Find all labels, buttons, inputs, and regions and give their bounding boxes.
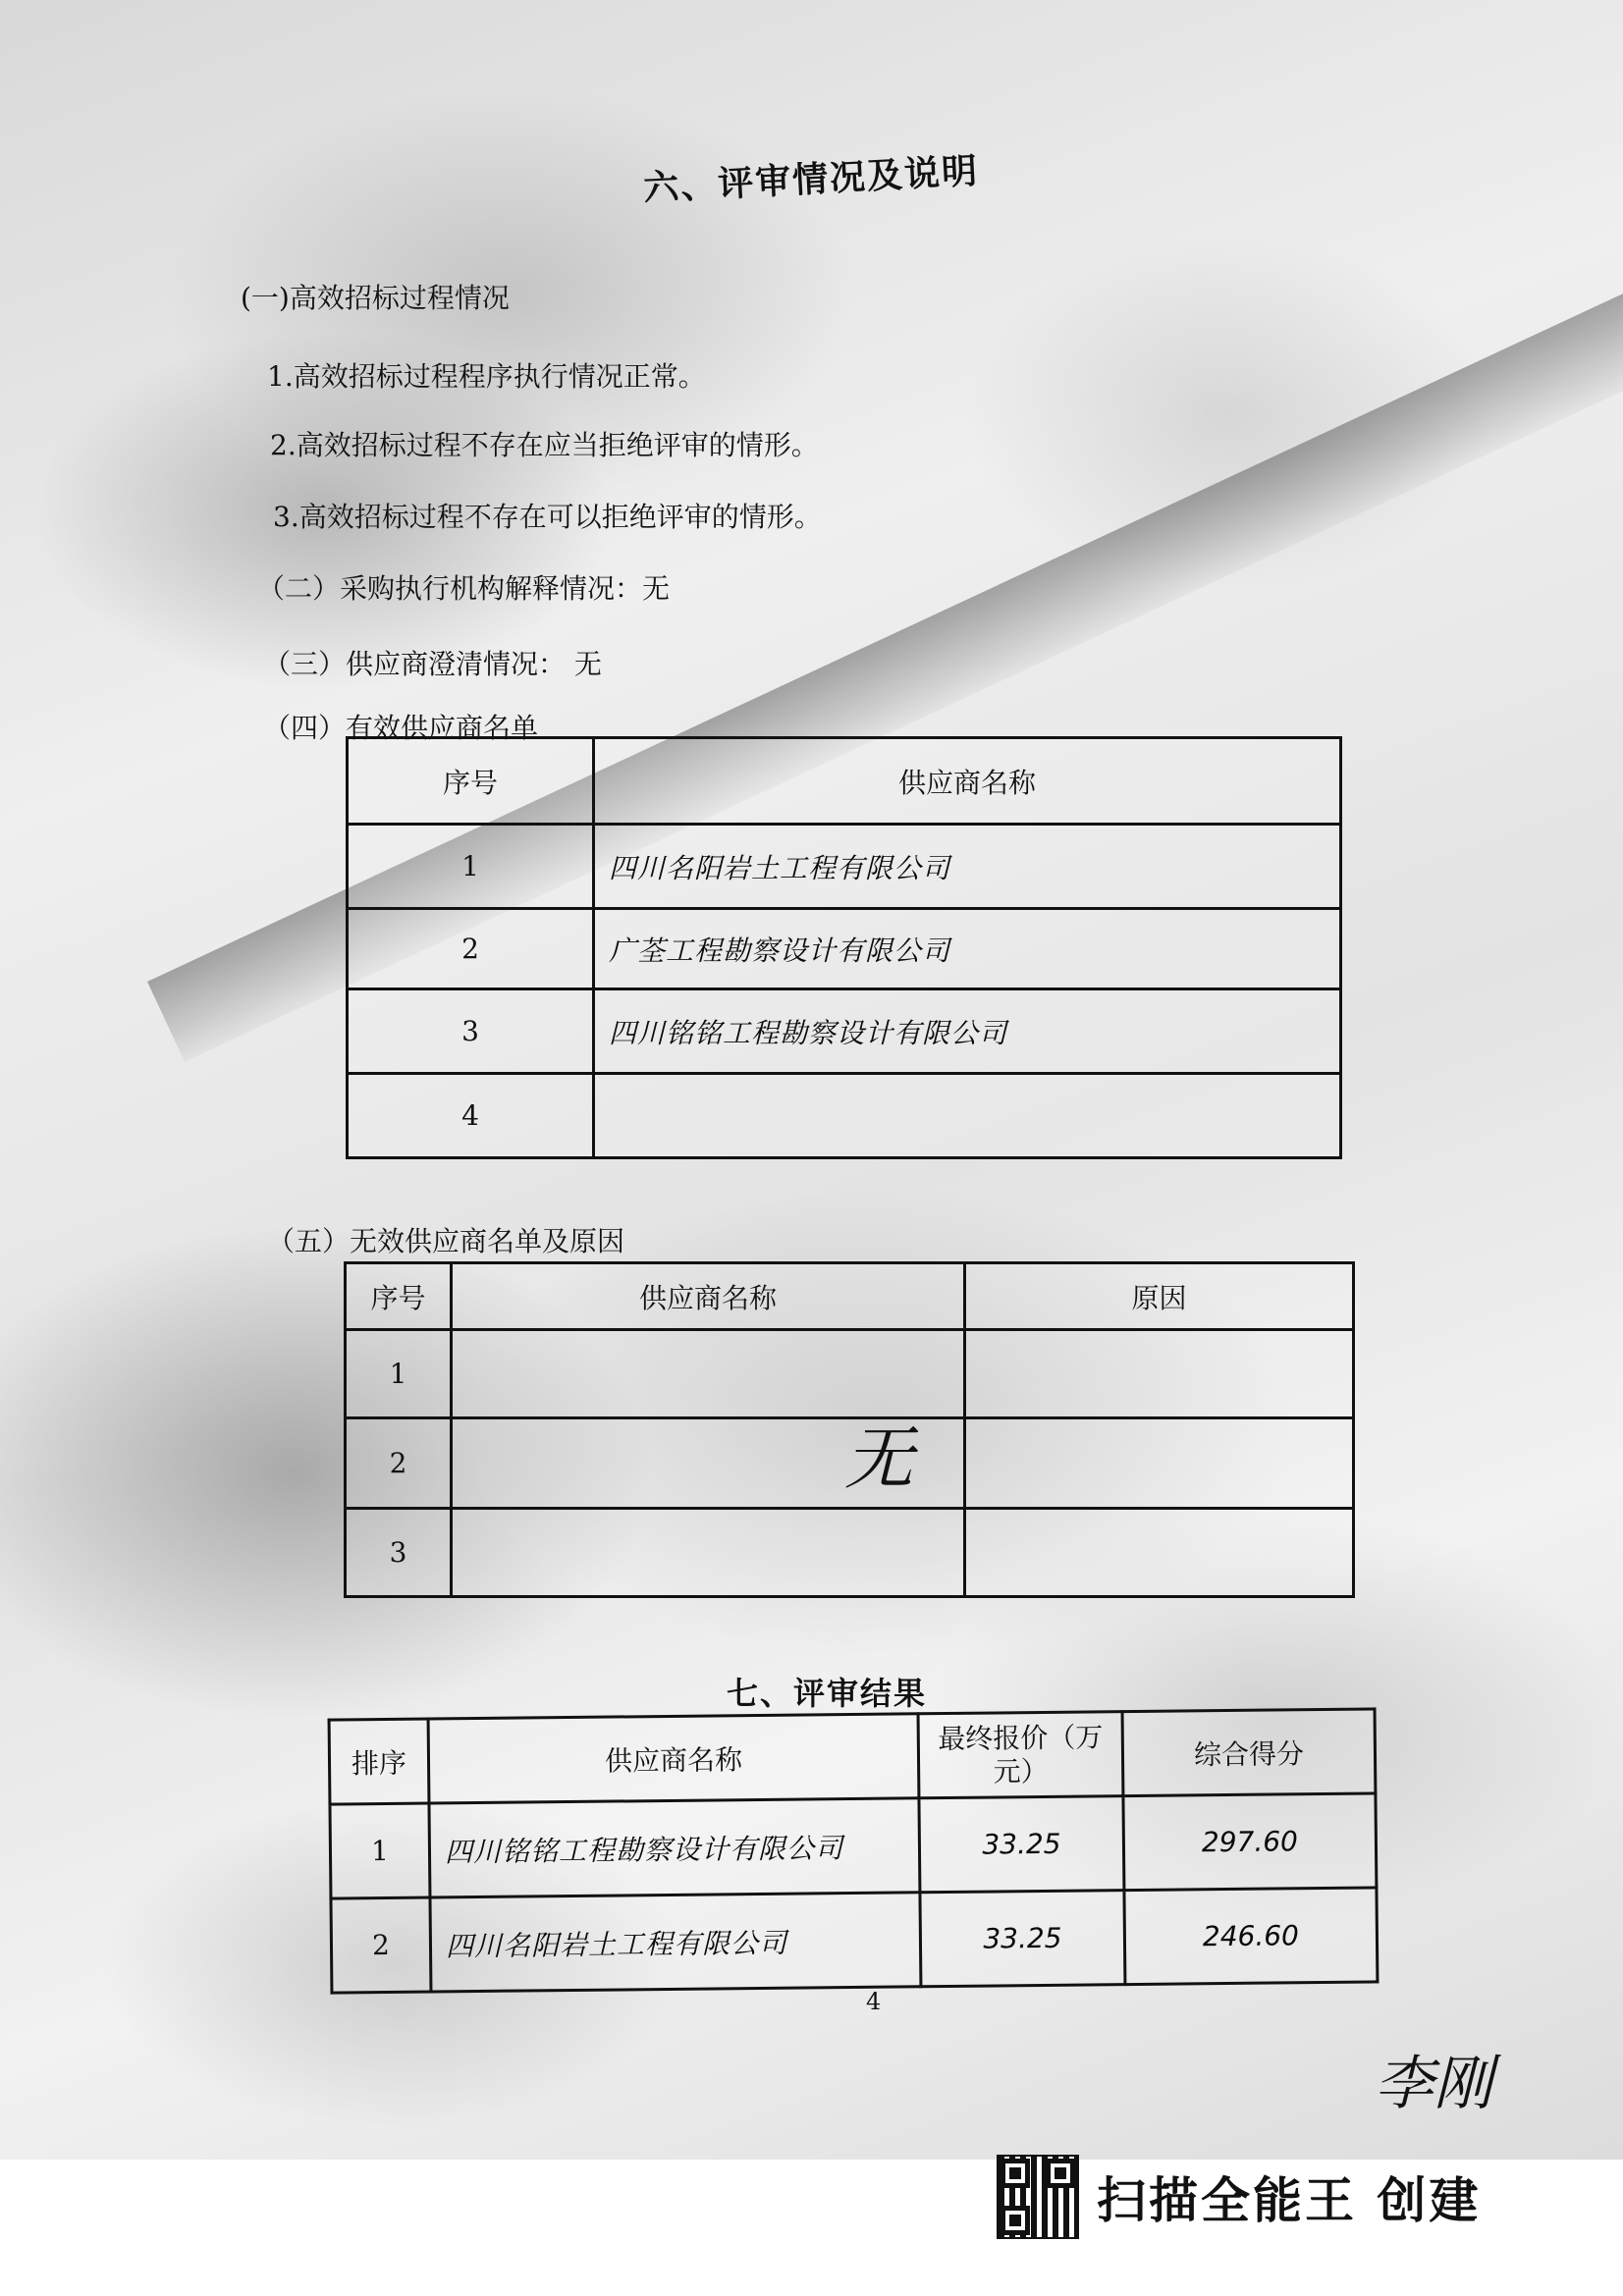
table-row: 1 四川名阳岩土工程有限公司	[348, 825, 1341, 909]
subsection-3: （三）供应商澄清情况： 无	[263, 643, 602, 682]
subsection-1-item-3: 3.高效招标过程不存在可以拒绝评审的情形。	[273, 496, 822, 535]
supplier-name	[594, 1074, 1341, 1158]
table-header-row: 排序 供应商名称 最终报价（万元） 综合得分	[329, 1709, 1376, 1804]
watermark-text: 扫描全能王 创建	[1097, 2162, 1481, 2232]
table-row: 2 四川名阳岩土工程有限公司 33.25 246.60	[331, 1888, 1378, 1993]
reason	[965, 1418, 1354, 1509]
row-number: 3	[348, 989, 594, 1074]
column-header: 供应商名称	[428, 1714, 919, 1803]
total-score: 297.60	[1123, 1793, 1377, 1891]
scanned-page: 六、评审情况及说明 (一)高效招标过程情况 1.高效招标过程程序执行情况正常。 …	[0, 0, 1623, 2160]
column-header: 供应商名称	[452, 1263, 965, 1330]
total-score: 246.60	[1124, 1888, 1378, 1985]
row-number: 1	[348, 825, 594, 909]
rank: 1	[330, 1803, 430, 1898]
table-row: 2 广荃工程勘察设计有限公司	[348, 909, 1341, 989]
supplier-name: 四川铭铭工程勘察设计有限公司	[429, 1798, 920, 1897]
column-header: 供应商名称	[594, 738, 1341, 825]
table-row: 3	[346, 1509, 1354, 1597]
table-row: 1 四川铭铭工程勘察设计有限公司 33.25 297.60	[330, 1793, 1377, 1898]
supplier-name	[452, 1509, 965, 1597]
subsection-1-heading: (一)高效招标过程情况	[241, 277, 510, 316]
column-header: 最终报价（万元）	[918, 1712, 1123, 1798]
subsection-5-heading: （五）无效供应商名单及原因	[267, 1220, 624, 1259]
table-header-row: 序号 供应商名称	[348, 738, 1341, 825]
supplier-name: 广荃工程勘察设计有限公司	[594, 909, 1341, 989]
section-7-title: 七、评审结果	[727, 1669, 927, 1714]
row-number: 1	[346, 1330, 452, 1418]
evaluation-results-table: 排序 供应商名称 最终报价（万元） 综合得分 1 四川铭铭工程勘察设计有限公司 …	[328, 1707, 1380, 1994]
subsection-2: （二）采购执行机构解释情况：无	[257, 567, 670, 607]
row-number: 4	[348, 1074, 594, 1158]
column-header: 序号	[346, 1263, 452, 1330]
rank: 2	[331, 1897, 431, 1993]
column-header: 原因	[965, 1263, 1354, 1330]
row-number: 3	[346, 1509, 452, 1597]
table-row: 4	[348, 1074, 1341, 1158]
subsection-1-item-2: 2.高效招标过程不存在应当拒绝评审的情形。	[270, 424, 819, 463]
supplier-name: 四川名阳岩土工程有限公司	[594, 825, 1341, 909]
table-header-row: 序号 供应商名称 原因	[346, 1263, 1354, 1330]
subsection-1-item-1: 1.高效招标过程程序执行情况正常。	[267, 355, 706, 395]
column-header: 综合得分	[1122, 1709, 1376, 1796]
row-number: 2	[346, 1418, 452, 1509]
section-6-title: 六、评审情况及说明	[642, 143, 980, 211]
column-header: 序号	[348, 738, 594, 825]
handwritten-signature: 李刚	[1375, 2037, 1492, 2121]
supplier-name: 四川铭铭工程勘察设计有限公司	[594, 989, 1341, 1074]
row-number: 2	[348, 909, 594, 989]
final-price: 33.25	[919, 1796, 1124, 1893]
reason	[965, 1509, 1354, 1597]
reason	[965, 1330, 1354, 1418]
qr-code-icon	[997, 2155, 1079, 2239]
scanner-watermark: 扫描全能王 创建	[997, 2155, 1481, 2239]
page-number: 4	[866, 1988, 881, 2015]
valid-suppliers-table: 序号 供应商名称 1 四川名阳岩土工程有限公司 2 广荃工程勘察设计有限公司 3…	[346, 736, 1342, 1159]
column-header: 排序	[329, 1719, 429, 1804]
supplier-name: 四川名阳岩土工程有限公司	[430, 1893, 921, 1992]
handwritten-none-mark: 无	[844, 1404, 913, 1503]
table-row: 3 四川铭铭工程勘察设计有限公司	[348, 989, 1341, 1074]
final-price: 33.25	[920, 1891, 1125, 1987]
